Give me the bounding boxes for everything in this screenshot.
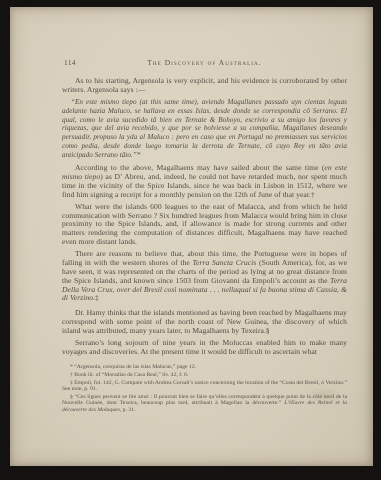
paragraph: Dr. Hamy thinks that the islands mention…: [62, 309, 347, 335]
text-run: ‡ Empoli, fol. 142, G. Compare with Andr…: [62, 380, 347, 392]
paragraph: “En este mismo tiepo (at this same time)…: [62, 98, 347, 160]
footnote-section: * “Argensola, conquista de las islas Mal…: [62, 364, 347, 414]
text-run: ‡: [95, 293, 99, 302]
running-header: 114 The Discovery of Australia.: [62, 58, 347, 68]
footnote: * “Argensola, conquista de las islas Mal…: [62, 364, 347, 370]
text-run: Serrano’s long sojourn of nine years in …: [62, 338, 347, 356]
text-run: ) as D’ Abreu, and, indeed, he could not…: [62, 172, 347, 199]
text-run: According to the above, Magalhaens may h…: [75, 163, 324, 172]
scan-stain: [305, 387, 343, 403]
text-run: † Book iii. of “Moradias da Casa Real,” …: [70, 372, 188, 378]
paragraph: Serrano’s long sojourn of nine years in …: [62, 339, 347, 357]
book-page: 114 The Discovery of Australia. As to hi…: [10, 7, 373, 466]
footnote: † Book iii. of “Moradias da Casa Real,” …: [62, 372, 347, 378]
page-number: 114: [64, 58, 76, 67]
text-column: As to his starting, Argensola is very ex…: [62, 77, 347, 357]
text-run: Dr. Hamy thinks that the islands mention…: [62, 308, 347, 335]
text-run: * “Argensola, conquista de las islas Mal…: [70, 364, 196, 370]
footnote: § “Ces lignes peuvent se lire ainsi : Il…: [62, 394, 347, 413]
paragraph: What were the islands 600 leagues to the…: [62, 203, 347, 247]
text-run: “En este mismo tiepo (at this same time)…: [62, 98, 347, 159]
text-run: What were the islands 600 leagues to the…: [62, 202, 347, 246]
paragraph: As to his starting, Argensola is very ex…: [62, 77, 347, 95]
running-title: The Discovery of Australia.: [62, 58, 347, 67]
paragraph: There are reasons to believe that, about…: [62, 250, 347, 303]
text-run: As to his starting, Argensola is very ex…: [62, 76, 347, 94]
text-run: , p. 31.: [120, 407, 136, 413]
paragraph: According to the above, Magalhaens may h…: [62, 164, 347, 199]
footnote: ‡ Empoli, fol. 142, G. Compare with Andr…: [62, 380, 347, 393]
text-run: Terra Sancta Crucis: [192, 258, 256, 267]
